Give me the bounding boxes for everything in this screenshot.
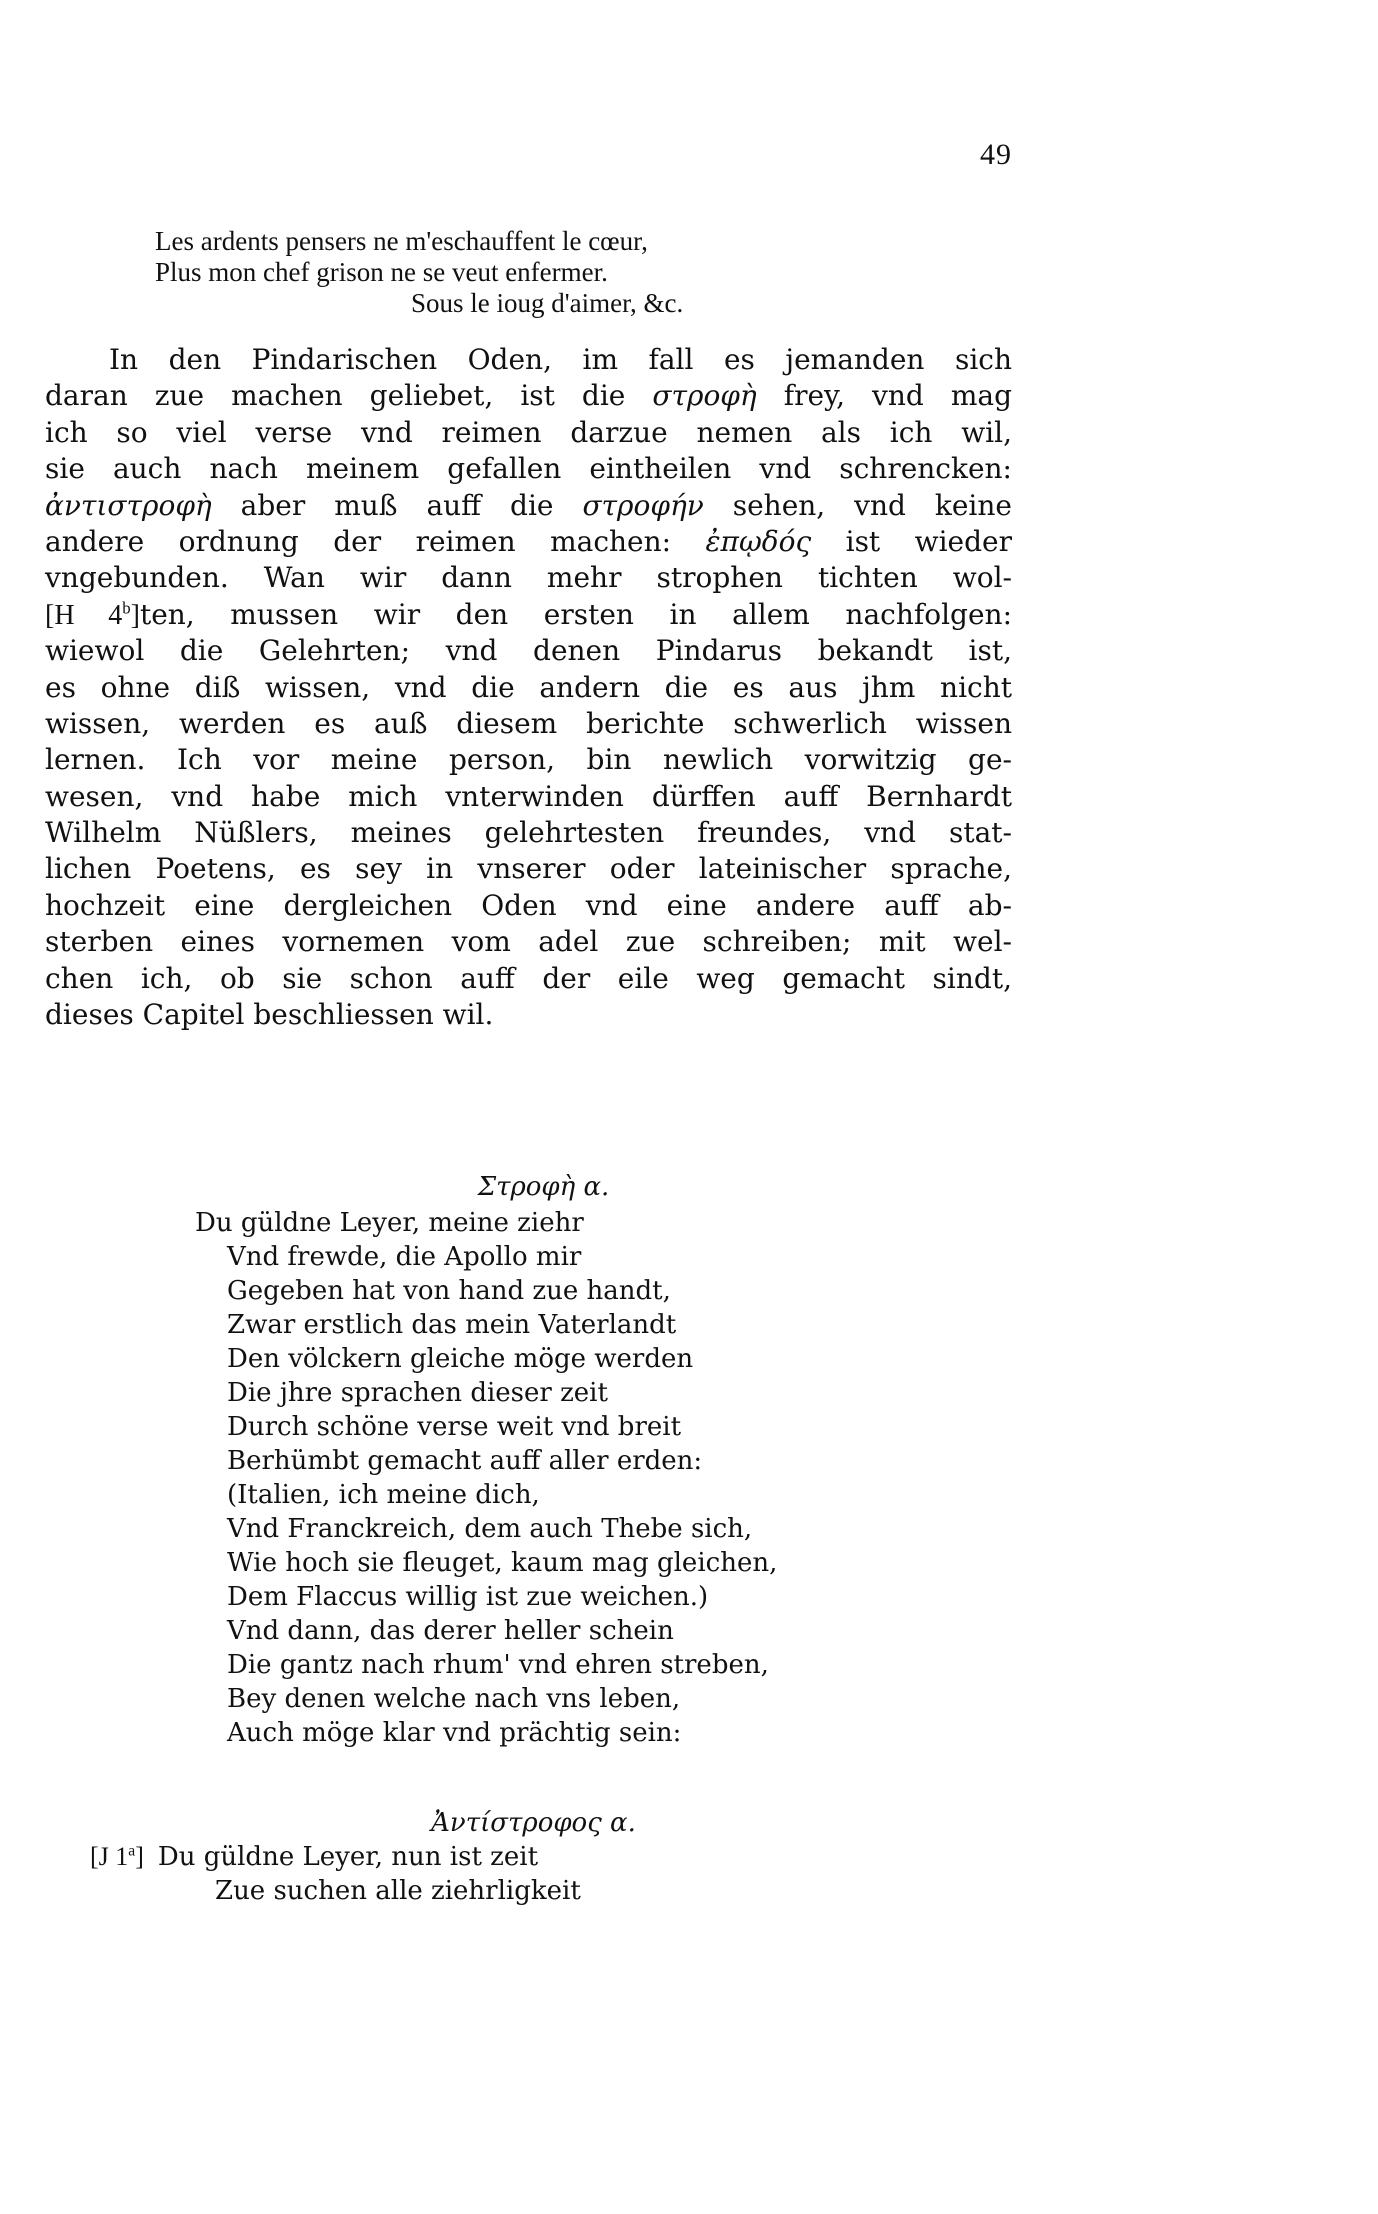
antistrophe-verse: [J 1a]Du güldne Leyer, nun ist zeitZue s… bbox=[90, 1840, 581, 1908]
verse-text: Zue suchen alle ziehrligkeit bbox=[215, 1876, 581, 1906]
prose-text: lernen. Ich vor meine person, bin newlic… bbox=[45, 743, 1012, 776]
signature-mark: [J 1a] bbox=[90, 1842, 144, 1871]
verse-line: Zwar erstlich das mein Vaterlandt bbox=[195, 1308, 777, 1342]
page-number: 49 bbox=[980, 138, 1012, 172]
prose-line: wissen, werden es auß diesem berichte sc… bbox=[45, 706, 1012, 742]
verse-line: Du güldne Leyer, meine ziehr bbox=[195, 1206, 777, 1240]
prose-text: es ohne diß wissen, vnd die andern die e… bbox=[45, 671, 1012, 704]
prose-text: vngebunden. Wan wir dann mehr strophen t… bbox=[45, 561, 1012, 594]
motto-line: Les ardents pensers ne m'eschauffent le … bbox=[155, 226, 683, 257]
prose-text: daran zue machen geliebet, ist die bbox=[45, 379, 652, 412]
prose-line: sie auch nach meinem gefallen eintheilen… bbox=[45, 451, 1012, 487]
prose-line: sterben eines vornemen vom adel zue schr… bbox=[45, 924, 1012, 960]
verse-line: Zue suchen alle ziehrligkeit bbox=[90, 1874, 581, 1908]
greek-term: στροφὴ bbox=[652, 379, 756, 412]
verse-line: [J 1a]Du güldne Leyer, nun ist zeit bbox=[90, 1840, 581, 1874]
prose-line: chen ich, ob sie schon auff der eile weg… bbox=[45, 961, 1012, 997]
motto-line: Plus mon chef grison ne se veut enfermer… bbox=[155, 257, 683, 288]
prose-text: sterben eines vornemen vom adel zue schr… bbox=[45, 925, 1012, 958]
greek-term: στροφήν bbox=[582, 489, 703, 522]
prose-text: In den Pindarischen Oden, im fall es jem… bbox=[109, 343, 1012, 376]
prose-line: daran zue machen geliebet, ist die στροφ… bbox=[45, 378, 1012, 414]
verse-line: Auch möge klar vnd prächtig sein: bbox=[195, 1716, 777, 1750]
verse-line: Den völckern gleiche möge werden bbox=[195, 1342, 777, 1376]
greek-term: ἀντιστροφὴ bbox=[45, 489, 212, 522]
prose-text: aber muß auff die bbox=[212, 489, 583, 522]
prose-text: Wilhelm Nüßlers, meines gelehrtesten fre… bbox=[45, 816, 1012, 849]
verse-line: Wie hoch sie fleuget, kaum mag gleichen, bbox=[195, 1546, 777, 1580]
prose-line: [H 4b]ten, mussen wir den ersten in alle… bbox=[45, 597, 1012, 633]
prose-line: lernen. Ich vor meine person, bin newlic… bbox=[45, 742, 1012, 778]
prose-line: andere ordnung der reimen machen: ἐπῳδός… bbox=[45, 524, 1012, 560]
motto-line: Sous le ioug d'aimer, &c. bbox=[155, 288, 683, 319]
prose-text: wissen, werden es auß diesem berichte sc… bbox=[45, 707, 1012, 740]
verse-line: Gegeben hat von hand zue handt, bbox=[195, 1274, 777, 1308]
prose-line: es ohne diß wissen, vnd die andern die e… bbox=[45, 670, 1012, 706]
prose-line: In den Pindarischen Oden, im fall es jem… bbox=[45, 342, 1012, 378]
greek-term: ἐπῳδός bbox=[706, 525, 812, 558]
signature-mark: [H 4b] bbox=[45, 600, 140, 631]
strophe-heading: Στροφὴ α. bbox=[45, 1172, 1012, 1202]
verse-line: Durch schöne verse weit vnd breit bbox=[195, 1410, 777, 1444]
prose-text: sehen, vnd keine bbox=[704, 489, 1012, 522]
verse-line: Bey denen welche nach vns leben, bbox=[195, 1682, 777, 1716]
verse-line: Berhümbt gemacht auff aller erden: bbox=[195, 1444, 777, 1478]
prose-line: dieses Capitel beschliessen wil. bbox=[45, 997, 1012, 1033]
prose-line: ich so viel verse vnd reimen darzue neme… bbox=[45, 415, 1012, 451]
prose-text: dieses Capitel beschliessen wil. bbox=[45, 998, 493, 1031]
prose-line: ἀντιστροφὴ aber muß auff die στροφήν seh… bbox=[45, 488, 1012, 524]
prose-paragraph: In den Pindarischen Oden, im fall es jem… bbox=[45, 342, 1012, 1033]
signature-superscript: b bbox=[122, 598, 130, 617]
book-page: 49 Les ardents pensers ne m'eschauffent … bbox=[45, 0, 1012, 2214]
signature-superscript: a bbox=[128, 1842, 135, 1859]
verse-line: Die jhre sprachen dieser zeit bbox=[195, 1376, 777, 1410]
antistrophe-heading: Ἀντίστροφος α. bbox=[45, 1808, 1012, 1838]
strophe-verse: Du güldne Leyer, meine ziehrVnd frewde, … bbox=[195, 1206, 777, 1750]
verse-line: Vnd frewde, die Apollo mir bbox=[195, 1240, 777, 1274]
prose-text: sie auch nach meinem gefallen eintheilen… bbox=[45, 452, 1012, 485]
verse-line: Vnd dann, das derer heller schein bbox=[195, 1614, 777, 1648]
prose-text: wesen, vnd habe mich vnterwinden dürffen… bbox=[45, 780, 1012, 813]
prose-line: hochzeit eine dergleichen Oden vnd eine … bbox=[45, 888, 1012, 924]
verse-line: (Italien, ich meine dich, bbox=[195, 1478, 777, 1512]
french-motto: Les ardents pensers ne m'eschauffent le … bbox=[155, 226, 683, 319]
prose-line: wiewol die Gelehrten; vnd denen Pindarus… bbox=[45, 633, 1012, 669]
verse-line: Dem Flaccus willig ist zue weichen.) bbox=[195, 1580, 777, 1614]
verse-line: Die gantz nach rhum' vnd ehren streben, bbox=[195, 1648, 777, 1682]
prose-text: chen ich, ob sie schon auff der eile weg… bbox=[45, 962, 1012, 995]
prose-text: hochzeit eine dergleichen Oden vnd eine … bbox=[45, 889, 1012, 922]
prose-text: andere ordnung der reimen machen: bbox=[45, 525, 706, 558]
prose-line: Wilhelm Nüßlers, meines gelehrtesten fre… bbox=[45, 815, 1012, 851]
prose-text: lichen Poetens, es sey in vnserer oder l… bbox=[45, 852, 1012, 885]
prose-text: wiewol die Gelehrten; vnd denen Pindarus… bbox=[45, 634, 1012, 667]
prose-line: lichen Poetens, es sey in vnserer oder l… bbox=[45, 851, 1012, 887]
prose-line: wesen, vnd habe mich vnterwinden dürffen… bbox=[45, 779, 1012, 815]
prose-line: vngebunden. Wan wir dann mehr strophen t… bbox=[45, 560, 1012, 596]
prose-text: frey, vnd mag bbox=[757, 379, 1012, 412]
verse-line: Vnd Franckreich, dem auch Thebe sich, bbox=[195, 1512, 777, 1546]
verse-text: Du güldne Leyer, nun ist zeit bbox=[158, 1842, 538, 1872]
prose-text: ten, mussen wir den ersten in allem nach… bbox=[140, 598, 1012, 631]
prose-text: ich so viel verse vnd reimen darzue neme… bbox=[45, 416, 1012, 449]
prose-text: ist wieder bbox=[811, 525, 1012, 558]
